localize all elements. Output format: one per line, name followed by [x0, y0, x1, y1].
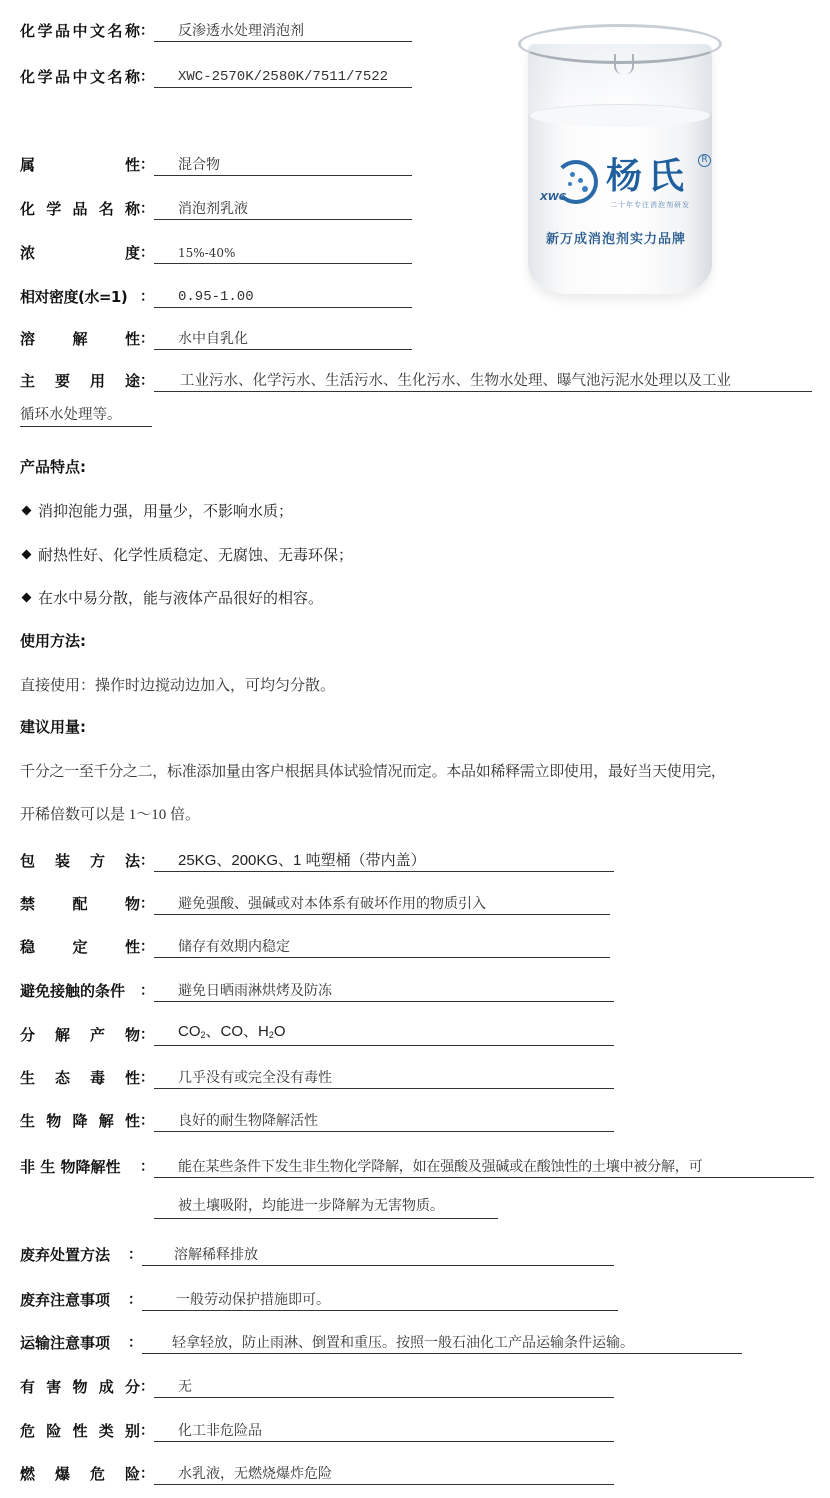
field-value: 水中自乳化 — [154, 329, 412, 350]
field-disposal-method: 废弃处置方法： 溶解稀释排放 — [20, 1240, 614, 1266]
field-label: 危险性类别 — [20, 1420, 140, 1442]
field-avoid-conditions: 避免接触的条件： 避免日晒雨淋烘烤及防冻 — [20, 976, 614, 1002]
diamond-bullet-icon — [22, 506, 32, 516]
features-heading: 产品特点: — [20, 456, 86, 477]
diamond-bullet-icon — [22, 550, 32, 560]
field-label: 化学品名称 — [20, 198, 140, 220]
logo-dot-icon — [582, 186, 588, 192]
field-abiotic-degradability: 非 生 物降解性： 能在某些条件下发生非生物化学降解，如在强酸及强碱或在酸蚀性的… — [20, 1152, 814, 1178]
field-label: 有害物成分 — [20, 1376, 140, 1398]
field-label: 分解产物 — [20, 1024, 140, 1046]
beaker-liquid-surface — [530, 104, 710, 127]
field-decomposition: 分解产物： CO2、CO、H2O — [20, 1020, 614, 1046]
usage-continuation: 循环水处理等。 — [20, 404, 152, 427]
feature-item: 在水中易分散，能与液体产品很好的相容。 — [20, 587, 323, 608]
field-label: 化学品中文名称 — [20, 66, 140, 88]
brand-slogan: 新万成消泡剂实力品牌 — [546, 228, 686, 247]
field-stability: 稳定性： 储存有效期内稳定 — [20, 932, 610, 958]
field-label: 稳定性 — [20, 936, 140, 958]
field-value: 反渗透水处理消泡剂 — [154, 21, 412, 42]
dosage-text-line1: 千分之一至千分之二，标准添加量由客户根据具体试验情况而定。本品如稀释需立即使用，… — [20, 760, 726, 781]
field-value: 避免强酸、强碱或对本体系有破坏作用的物质引入 — [154, 894, 610, 915]
field-packaging: 包装方法： 25KG、200KG、1 吨塑桶（带内盖） — [20, 846, 614, 872]
field-label: 生态毒性 — [20, 1067, 140, 1089]
logo-brand-name: 杨氏 — [606, 154, 690, 198]
field-label: 避免接触的条件 — [20, 980, 140, 1002]
field-relative-density: 相对密度(水=1)： 0.95-1.00 — [20, 282, 412, 308]
field-label: 属性 — [20, 154, 140, 176]
field-value: 一般劳动保护措施即可。 — [142, 1290, 618, 1311]
field-concentration: 浓度： 15%-40% — [20, 238, 412, 264]
field-disposal-notes: 废弃注意事项： 一般劳动保护措施即可。 — [20, 1285, 618, 1311]
field-value: 消泡剂乳液 — [154, 199, 412, 220]
logo-dot-icon — [570, 172, 575, 177]
field-label: 包装方法 — [20, 850, 140, 872]
registered-mark-icon: R — [698, 154, 711, 167]
diamond-bullet-icon — [22, 593, 32, 603]
field-value: 溶解稀释排放 — [142, 1245, 614, 1266]
field-chinese-name: 化学品中文名称： 反渗透水处理消泡剂 — [20, 16, 412, 42]
field-value: 工业污水、化学污水、生活污水、生化污水、生物水处理、曝气池污泥水处理以及工业 — [154, 371, 812, 392]
field-hazard-class: 危险性类别： 化工非危险品 — [20, 1416, 614, 1442]
field-label: 浓度 — [20, 242, 140, 264]
field-value: 混合物 — [154, 155, 412, 176]
feature-item: 消抑泡能力强，用量少，不影响水质； — [20, 500, 293, 521]
method-text: 直接使用：操作时边搅动边加入，可均匀分散。 — [20, 674, 335, 695]
field-value: 0.95-1.00 — [154, 287, 412, 308]
field-model-name: 化学品中文名称： XWC-2570K/2580K/7511/7522 — [20, 62, 412, 88]
field-label: 禁配物 — [20, 893, 140, 915]
field-value: CO2、CO、H2O — [154, 1022, 614, 1046]
field-ecotoxicity: 生态毒性： 几乎没有或完全没有毒性 — [20, 1063, 614, 1089]
field-value: 25KG、200KG、1 吨塑桶（带内盖） — [154, 851, 614, 872]
field-value: 储存有效期内稳定 — [154, 937, 610, 958]
field-main-usage: 主 要 用 途： 工业污水、化学污水、生活污水、生化污水、生物水处理、曝气池污泥… — [20, 366, 812, 392]
field-value: XWC-2570K/2580K/7511/7522 — [154, 67, 412, 88]
field-value: 水乳液，无燃烧爆炸危险 — [154, 1464, 614, 1485]
dosage-text-line2: 开稀倍数可以是 1～10 倍。 — [20, 803, 200, 824]
field-value: 15%-40% — [154, 243, 412, 264]
field-explosion-hazard: 燃爆危险： 水乳液，无燃烧爆炸危险 — [20, 1459, 614, 1485]
logo-dot-icon — [568, 182, 572, 186]
abiotic-continuation: 被土壤吸附，均能进一步降解为无害物质。 — [154, 1196, 498, 1219]
field-incompatible: 禁配物： 避免强酸、强碱或对本体系有破坏作用的物质引入 — [20, 889, 610, 915]
logo-dot-icon — [578, 178, 583, 183]
field-value: 避免日晒雨淋烘烤及防冻 — [154, 981, 614, 1002]
dosage-heading: 建议用量: — [20, 716, 86, 737]
field-label: 非 生 物降解性 — [20, 1156, 140, 1178]
product-beaker-image: XWC 杨氏 R 二十年专注消泡剂研发 新万成消泡剂实力品牌 — [518, 14, 722, 314]
field-label: 燃爆危险 — [20, 1463, 140, 1485]
field-label: 废弃注意事项 — [20, 1289, 128, 1311]
field-label: 化学品中文名称 — [20, 20, 140, 42]
beaker-spout — [614, 54, 634, 74]
field-biodegradability: 生物降解性： 良好的耐生物降解活性 — [20, 1106, 614, 1132]
method-heading: 使用方法: — [20, 630, 86, 651]
field-label: 主 要 用 途 — [20, 370, 140, 392]
brand-logo: XWC 杨氏 R 二十年专注消泡剂研发 — [540, 154, 710, 224]
feature-item: 耐热性好、化学性质稳定、无腐蚀、无毒环保； — [20, 544, 353, 565]
field-label: 相对密度(水=1) — [20, 286, 140, 308]
field-label: 生物降解性 — [20, 1110, 140, 1132]
field-value: 良好的耐生物降解活性 — [154, 1111, 614, 1132]
field-value: 几乎没有或完全没有毒性 — [154, 1068, 614, 1089]
field-label: 运输注意事项 — [20, 1332, 128, 1354]
logo-latin: XWC — [540, 192, 566, 203]
field-value: 化工非危险品 — [154, 1421, 614, 1442]
field-label: 溶解性 — [20, 328, 140, 350]
field-attribute: 属性： 混合物 — [20, 150, 412, 176]
logo-subtitle: 二十年专注消泡剂研发 — [610, 200, 690, 210]
field-value: 无 — [154, 1377, 614, 1398]
field-harmful-components: 有害物成分： 无 — [20, 1372, 614, 1398]
field-label: 废弃处置方法 — [20, 1244, 128, 1266]
field-value: 轻拿轻放，防止雨淋、倒置和重压。按照一般石油化工产品运输条件运输。 — [142, 1333, 742, 1354]
field-chemical-name: 化学品名称： 消泡剂乳液 — [20, 194, 412, 220]
field-transport-notes: 运输注意事项： 轻拿轻放，防止雨淋、倒置和重压。按照一般石油化工产品运输条件运输… — [20, 1328, 742, 1354]
field-value: 能在某些条件下发生非生物化学降解，如在强酸及强碱或在酸蚀性的土壤中被分解，可 — [154, 1157, 814, 1178]
field-solubility: 溶解性： 水中自乳化 — [20, 324, 412, 350]
